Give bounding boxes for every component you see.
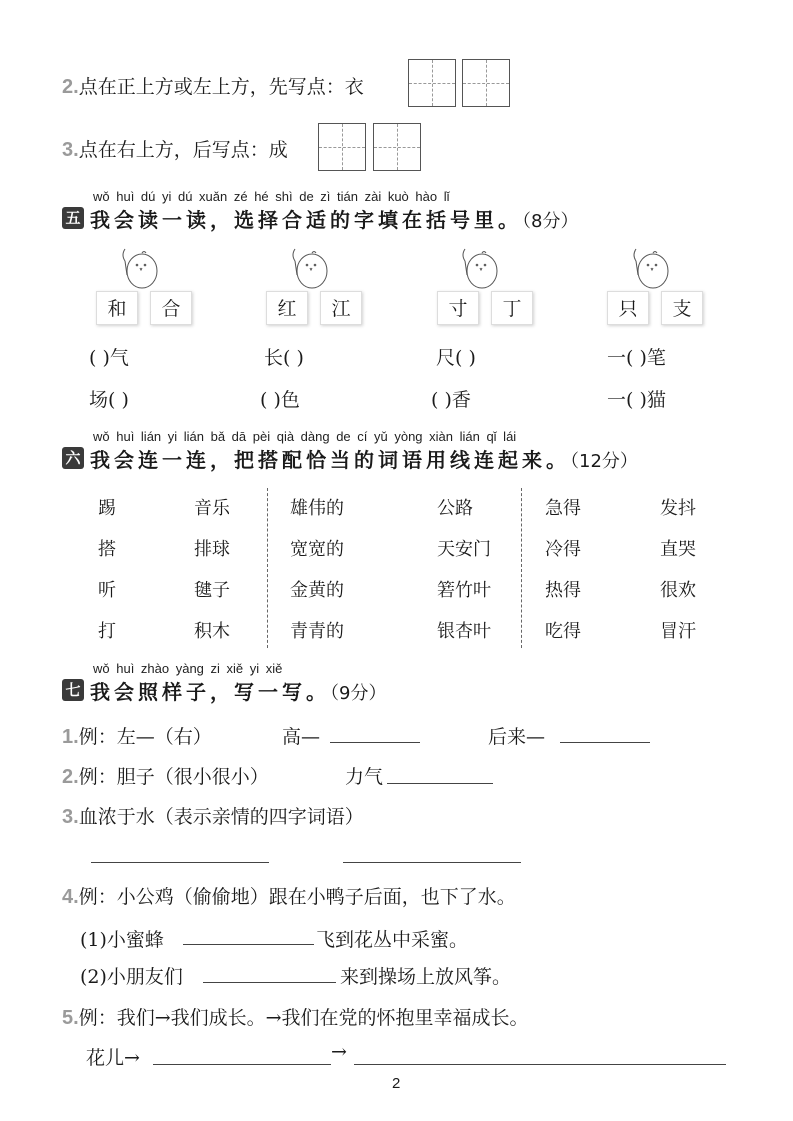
chick-icon (455, 245, 505, 293)
q5-example: 例：我们→我们成长。→我们在党的怀抱里幸福成长。 (79, 1007, 529, 1029)
q4-s2-post: 来到操场上放风筝。 (340, 962, 511, 989)
q2-row: 2.例：胆子（很小很小） (62, 762, 269, 789)
section7-points: （9分） (330, 683, 386, 704)
match-word[interactable]: 排球 (194, 535, 230, 561)
section5-points: （8分） (522, 211, 578, 232)
q4-example: 例：小公鸡（偷偷地）跟在小鸭子后面，也下了水。 (79, 886, 516, 908)
section5-pinyin: wǒ huì dú yi dú xuǎn zé hé shì de zì tiá… (93, 189, 449, 204)
q5-row: 5.例：我们→我们成长。→我们在党的怀抱里幸福成长。 (62, 1003, 529, 1030)
q5-arrow: → (331, 1041, 347, 1063)
answer-blank[interactable] (330, 742, 420, 743)
chick-icon (115, 245, 165, 293)
section6-title: 我会连一连，把搭配恰当的词语用线连起来。（12分） (90, 444, 638, 473)
match-word[interactable]: 青青的 (290, 617, 344, 643)
answer-blank[interactable] (387, 783, 493, 784)
column-divider (267, 488, 268, 648)
match-word[interactable]: 冷得 (545, 535, 581, 561)
section7-title: 我会照样子，写一写。（9分） (90, 676, 386, 705)
match-word[interactable]: 打 (98, 617, 116, 643)
match-word[interactable]: 银杏叶 (437, 617, 491, 643)
fill-blank[interactable]: 尺( ) (436, 343, 476, 370)
item-number: 2. (62, 766, 79, 788)
answer-blank[interactable] (354, 1064, 726, 1065)
char-option: 江 (320, 291, 362, 325)
q4-s1-pre: (1)小蜜蜂 (80, 925, 164, 952)
item-number: 2. (62, 76, 79, 98)
match-word[interactable]: 听 (98, 576, 116, 602)
char-option: 寸 (437, 291, 479, 325)
writing-grid-box[interactable] (462, 59, 510, 107)
fill-blank[interactable]: 场( ) (89, 385, 129, 412)
section7-pinyin: wǒ huì zhào yàng zi xiě yi xiě (93, 661, 282, 676)
match-word[interactable]: 毽子 (194, 576, 230, 602)
section5-title: 我会读一读，选择合适的字填在括号里。（8分） (90, 204, 578, 233)
item-number: 3. (62, 806, 79, 828)
char-option: 红 (266, 291, 308, 325)
item-number: 3. (62, 139, 79, 161)
item-number: 4. (62, 886, 79, 908)
item-text: 点在正上方或左上方，先写点：衣 (79, 76, 364, 98)
section5-badge: 五 (62, 207, 84, 229)
match-word[interactable]: 冒汗 (660, 617, 696, 643)
fill-blank[interactable]: 长( ) (264, 343, 304, 370)
section6-badge: 六 (62, 447, 84, 469)
answer-blank[interactable] (91, 862, 269, 863)
section6-pinyin: wǒ huì lián yi lián bǎ dā pèi qià dàng d… (93, 429, 516, 444)
q2-example: 例：胆子（很小很小） (79, 766, 269, 788)
fill-blank[interactable]: ( )色 (260, 385, 300, 412)
section7-badge: 七 (62, 679, 84, 701)
fill-blank[interactable]: 一( )猫 (607, 385, 666, 412)
item-number: 1. (62, 726, 79, 748)
answer-blank[interactable] (203, 982, 336, 983)
writing-grid-box[interactable] (318, 123, 366, 171)
match-word[interactable]: 直哭 (660, 535, 696, 561)
char-option: 和 (96, 291, 138, 325)
char-option: 丁 (491, 291, 533, 325)
page-number: 2 (392, 1075, 400, 1092)
section6-title-text: 我会连一连，把搭配恰当的词语用线连起来。 (90, 448, 570, 472)
match-word[interactable]: 宽宽的 (290, 535, 344, 561)
fill-blank[interactable]: 一( )笔 (607, 343, 666, 370)
fill-blank[interactable]: ( )香 (431, 385, 471, 412)
match-word[interactable]: 金黄的 (290, 576, 344, 602)
writing-grid-box[interactable] (408, 59, 456, 107)
chick-icon (285, 245, 335, 293)
match-word[interactable]: 公路 (437, 494, 473, 520)
match-word[interactable]: 发抖 (660, 494, 696, 520)
q4-row: 4.例：小公鸡（偷偷地）跟在小鸭子后面，也下了水。 (62, 882, 516, 909)
match-word[interactable]: 天安门 (437, 535, 491, 561)
match-word[interactable]: 急得 (545, 494, 581, 520)
q3-row: 3.血浓于水（表示亲情的四字词语） (62, 802, 364, 829)
match-word[interactable]: 踢 (98, 494, 116, 520)
match-word[interactable]: 音乐 (194, 494, 230, 520)
char-option: 只 (607, 291, 649, 325)
q1-example: 例：左—（右） (79, 726, 212, 748)
match-word[interactable]: 搭 (98, 535, 116, 561)
char-option: 合 (150, 291, 192, 325)
q4-s2-pre: (2)小朋友们 (80, 962, 183, 989)
stroke-item-2: 2.点在正上方或左上方，先写点：衣 (62, 72, 364, 99)
q1-prompt-b: 后来— (488, 722, 545, 749)
chick-icon (626, 245, 676, 293)
match-word[interactable]: 吃得 (545, 617, 581, 643)
fill-blank[interactable]: ( )气 (89, 343, 129, 370)
answer-blank[interactable] (153, 1064, 331, 1065)
q3-example: 血浓于水（表示亲情的四字词语） (79, 806, 364, 828)
q1-prompt-a: 高— (282, 722, 320, 749)
q1-row: 1.例：左—（右） (62, 722, 212, 749)
match-word[interactable]: 雄伟的 (290, 494, 344, 520)
answer-blank[interactable] (183, 944, 314, 945)
item-number: 5. (62, 1007, 79, 1029)
q5-prompt: 花儿→ (86, 1043, 140, 1070)
answer-blank[interactable] (560, 742, 650, 743)
writing-grid-box[interactable] (373, 123, 421, 171)
item-text: 点在右上方，后写点：成 (79, 139, 288, 161)
section5-title-text: 我会读一读，选择合适的字填在括号里。 (90, 208, 522, 232)
section6-points: （12分） (570, 451, 638, 472)
match-word[interactable]: 箬竹叶 (437, 576, 491, 602)
section7-title-text: 我会照样子，写一写。 (90, 680, 330, 704)
answer-blank[interactable] (343, 862, 521, 863)
char-option: 支 (661, 291, 703, 325)
match-word[interactable]: 积木 (194, 617, 230, 643)
stroke-item-3: 3.点在右上方，后写点：成 (62, 135, 288, 162)
q4-s1-post: 飞到花丛中采蜜。 (316, 925, 468, 952)
match-word[interactable]: 很欢 (660, 576, 696, 602)
column-divider (521, 488, 522, 648)
match-word[interactable]: 热得 (545, 576, 581, 602)
q2-prompt: 力气 (345, 762, 383, 789)
